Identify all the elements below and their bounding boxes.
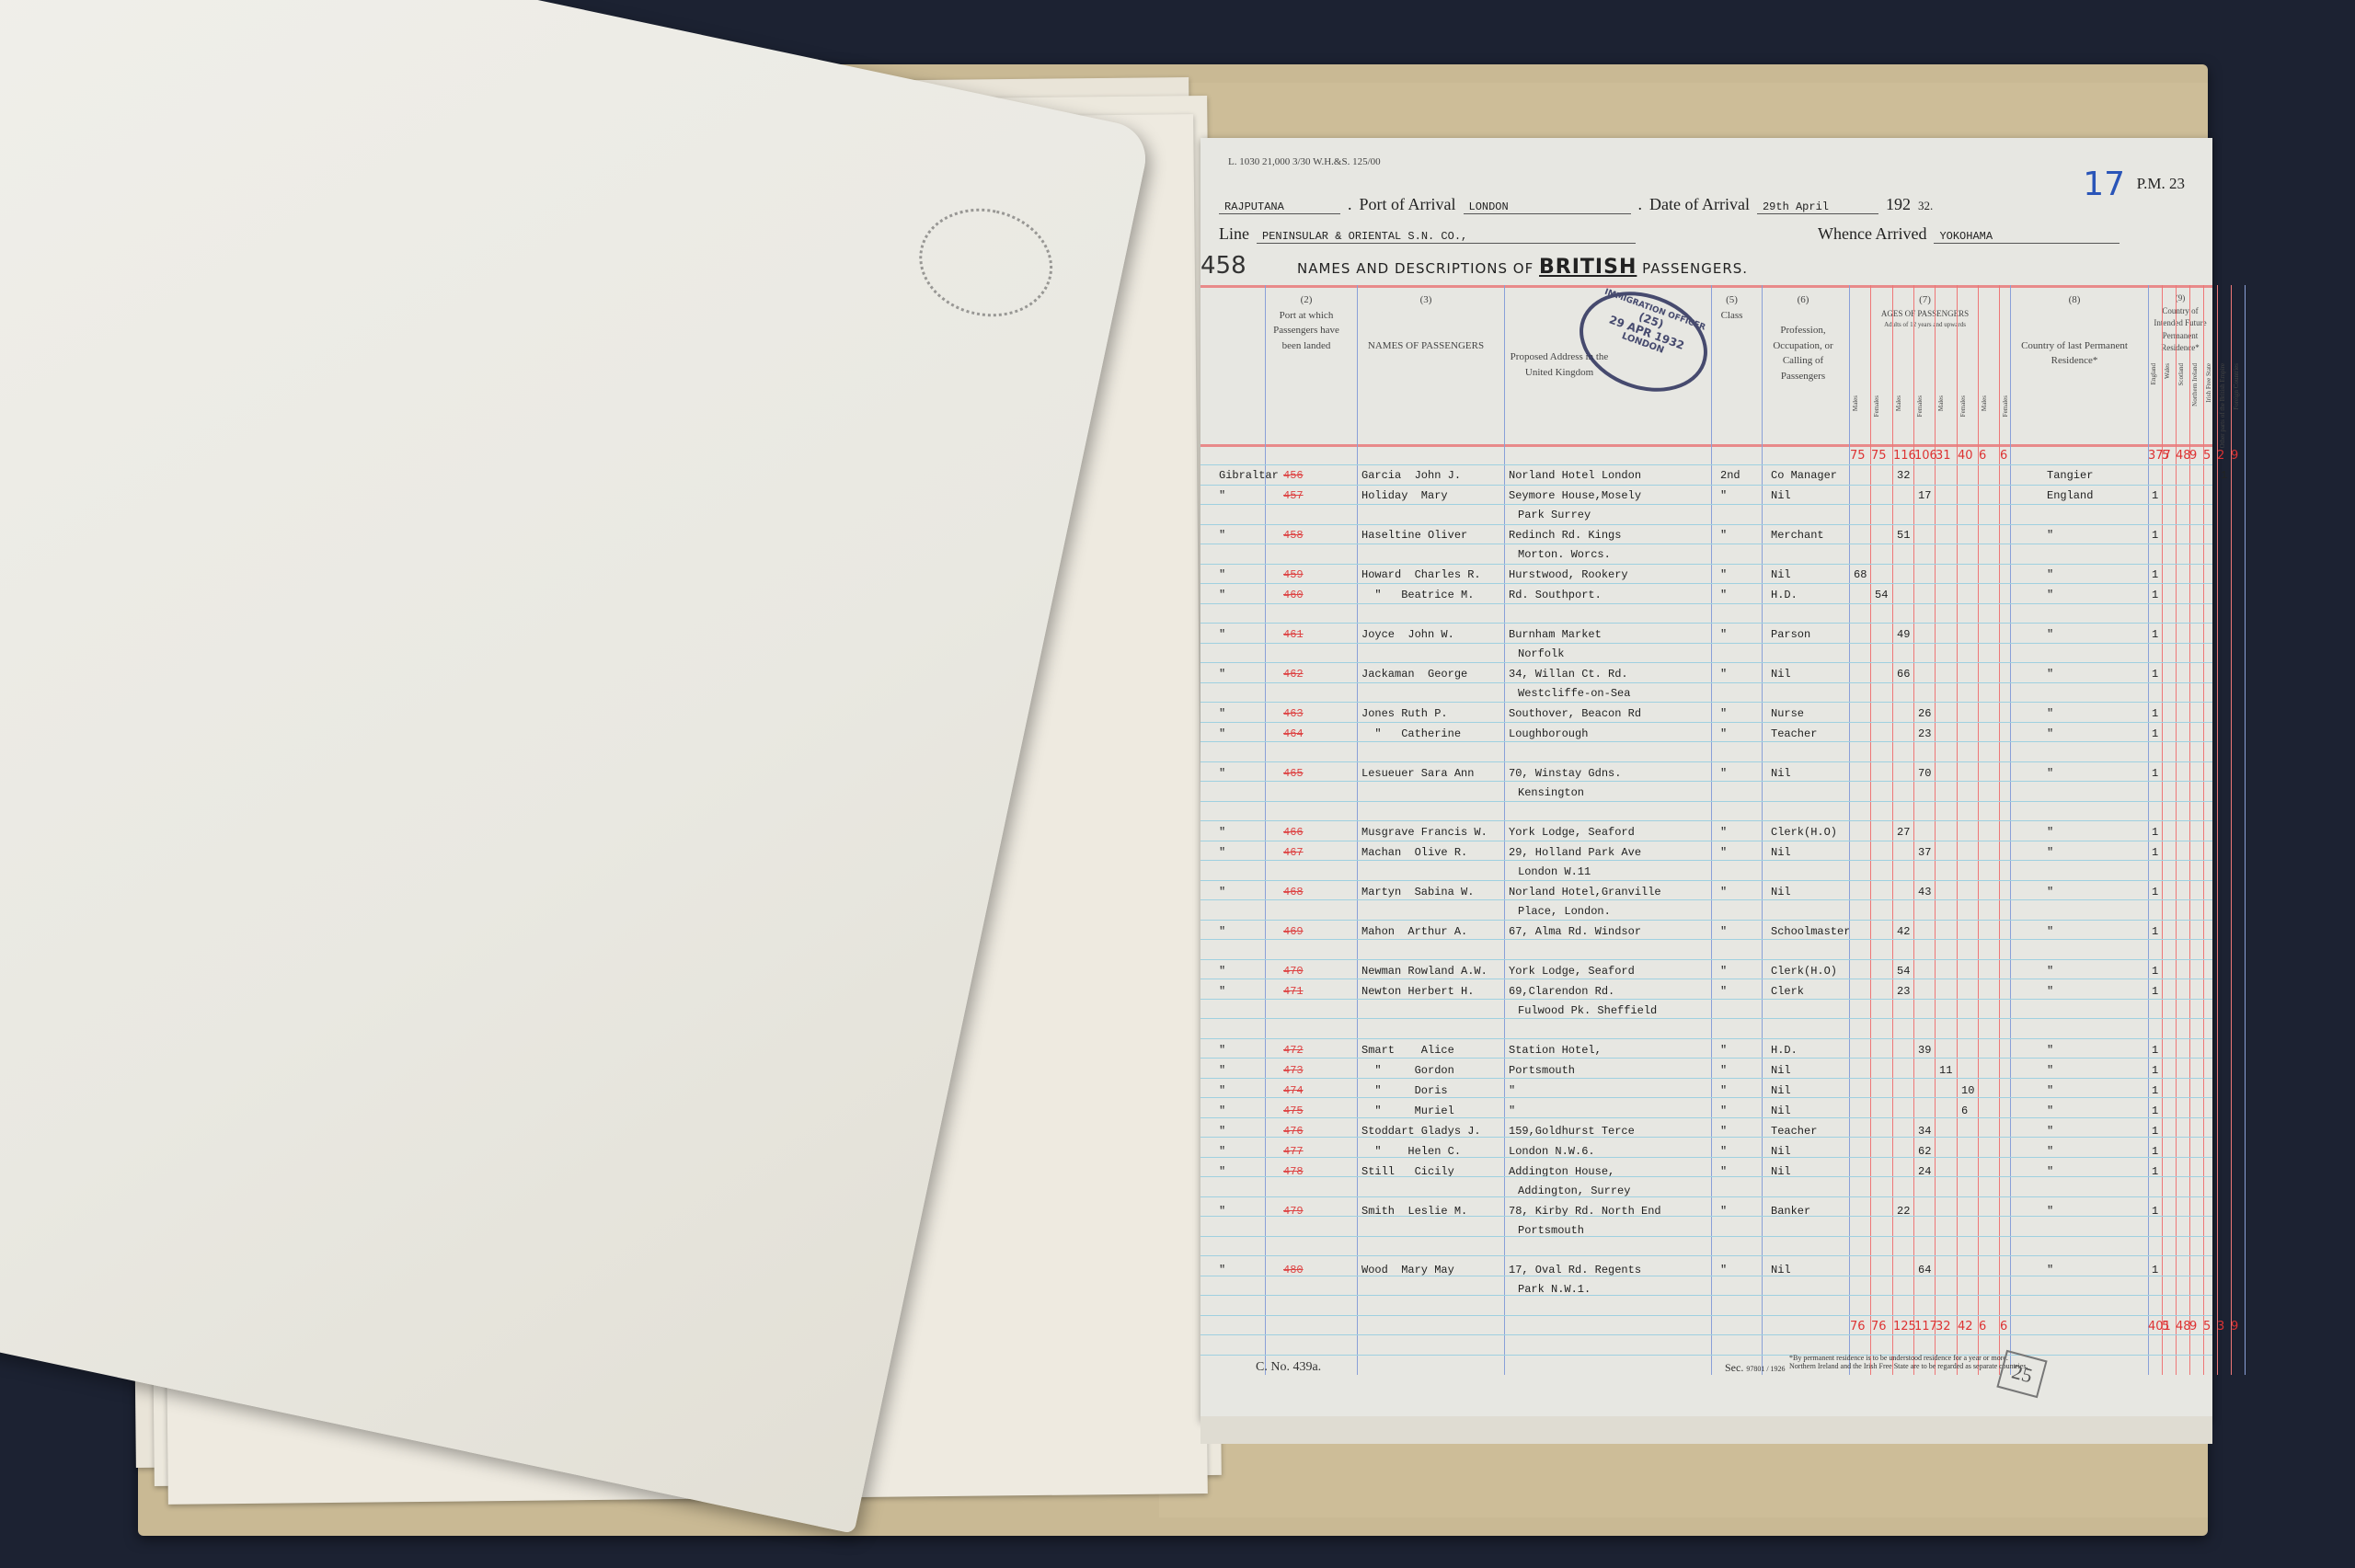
address-line2: London W.11 <box>1518 865 1591 878</box>
address: Southover, Beacon Rd <box>1509 707 1641 720</box>
last-residence: " <box>2047 707 2053 720</box>
occupation: H.D. <box>1771 589 1798 601</box>
ref-number: 471 <box>1283 985 1304 998</box>
table-row: "458Haseltine OliverRedinch Rd. KingsMor… <box>1200 529 2212 549</box>
occupation: Co Manager <box>1771 469 1837 482</box>
header-rule <box>1200 444 2212 447</box>
port-cell: " <box>1219 846 1225 859</box>
future-residence-mark: 1 <box>2152 925 2158 938</box>
age-subheader: Females <box>1959 395 1967 417</box>
address: Rd. Southport. <box>1509 589 1602 601</box>
table-row: "465Lesueuer Sara Ann70, Winstay Gdns.Ke… <box>1200 767 2212 787</box>
ref-number: 456 <box>1283 469 1304 482</box>
ruled-line <box>1200 1236 2212 1237</box>
ref-number: 469 <box>1283 925 1304 938</box>
passenger-name: Smart Alice <box>1361 1044 1454 1057</box>
ruled-line <box>1200 464 2212 465</box>
age-subheader: Males <box>1937 395 1945 411</box>
column-divider <box>2245 285 2246 1375</box>
running-total-bottom: 117 <box>1914 1320 1937 1333</box>
line-header-row: Line PENINSULAR & ORIENTAL S.N. CO., Whe… <box>1219 224 2185 244</box>
age: 49 <box>1897 628 1910 641</box>
footnote: *By permanent residence is to be underst… <box>1789 1354 2176 1370</box>
last-residence: " <box>2047 925 2053 938</box>
last-residence: " <box>2047 767 2053 780</box>
passenger-name: " Gordon <box>1361 1064 1454 1077</box>
ref-number: 475 <box>1283 1104 1304 1117</box>
class-cell: " <box>1720 886 1727 898</box>
occupation: Nil <box>1771 568 1791 581</box>
class-cell: " <box>1720 668 1727 681</box>
passenger-name: Jones Ruth P. <box>1361 707 1448 720</box>
class-cell: " <box>1720 1064 1727 1077</box>
running-total-bottom: 42 <box>1958 1320 1973 1333</box>
passenger-list-sheet: L. 1030 21,000 3/30 W.H.&S. 125/00 17 P.… <box>1200 138 2212 1421</box>
ref-number: 470 <box>1283 965 1304 978</box>
ruled-line <box>1200 880 2212 881</box>
residence-subheader: England <box>2150 363 2157 384</box>
last-residence: " <box>2047 846 2053 859</box>
ref-number: 472 <box>1283 1044 1304 1057</box>
age: 54 <box>1875 589 1888 601</box>
age: 66 <box>1897 668 1910 681</box>
running-total-top: 40 <box>1958 449 1973 463</box>
passenger-name: Joyce John W. <box>1361 628 1454 641</box>
year-suffix: 32. <box>1918 199 1933 213</box>
running-total-bottom: 9 <box>2231 1320 2238 1333</box>
ruled-line <box>1200 959 2212 960</box>
ship-name: RAJPUTANA <box>1219 200 1340 214</box>
age-subheader: Females <box>2002 395 2009 417</box>
form-code: P.M. 23 <box>2137 175 2185 193</box>
col3-header: (3)NAMES OF PASSENGERS <box>1357 292 1495 353</box>
passenger-name: Machan Olive R. <box>1361 846 1467 859</box>
running-total-bottom: 6 <box>1979 1320 1986 1333</box>
class-cell: " <box>1720 489 1727 502</box>
passenger-name: Holiday Mary <box>1361 489 1448 502</box>
running-total-bottom: 32 <box>1936 1320 1951 1333</box>
occupation: Clerk(H.O) <box>1771 965 1837 978</box>
port-cell: " <box>1219 886 1225 898</box>
ruled-line <box>1200 583 2212 584</box>
passenger-name: Jackaman George <box>1361 668 1467 681</box>
table-row: "468Martyn Sabina W.Norland Hotel,Granvi… <box>1200 886 2212 906</box>
col5-header: (5)Class <box>1711 292 1752 323</box>
class-cell: " <box>1720 767 1727 780</box>
address: Burnham Market <box>1509 628 1602 641</box>
future-residence-mark: 1 <box>2152 846 2158 859</box>
running-total-top: 106 <box>1914 449 1937 463</box>
future-residence-mark: 1 <box>2152 985 2158 998</box>
class-cell: " <box>1720 965 1727 978</box>
future-residence-mark: 1 <box>2221 469 2227 482</box>
column-divider <box>1504 285 1505 1375</box>
ruled-line <box>1200 939 2212 940</box>
address-line2: Norfolk <box>1518 647 1564 660</box>
running-total-top: 9 <box>2231 449 2238 463</box>
ruled-line <box>1200 1137 2212 1138</box>
ruled-line <box>1200 1276 2212 1276</box>
table-row: "463Jones Ruth P.Southover, Beacon Rd"Nu… <box>1200 707 2212 727</box>
age: 27 <box>1897 826 1910 839</box>
running-total-bottom: 6 <box>2000 1320 2007 1333</box>
ruled-line <box>1200 1295 2212 1296</box>
table-row: "475 " Muriel""Nil6"1 <box>1200 1104 2212 1125</box>
ref-number: 474 <box>1283 1084 1304 1097</box>
last-residence: " <box>2047 826 2053 839</box>
ruled-line <box>1200 682 2212 683</box>
occupation: H.D. <box>1771 1044 1798 1057</box>
occupation: Nurse <box>1771 707 1804 720</box>
table-row: "469Mahon Arthur A.67, Alma Rd. Windsor"… <box>1200 925 2212 945</box>
ruled-line <box>1200 1255 2212 1256</box>
last-residence: " <box>2047 1044 2053 1057</box>
date-of-arrival-label: Date of Arrival <box>1649 195 1750 214</box>
ref-number: 460 <box>1283 589 1304 601</box>
date-of-arrival: 29th April <box>1757 200 1878 214</box>
table-row: "457Holiday MarySeymore House,MoselyPark… <box>1200 489 2212 509</box>
passenger-name: " Doris <box>1361 1084 1448 1097</box>
age-subheader: Females <box>1873 395 1880 417</box>
table-row: "478Still CicilyAddington House,Addingto… <box>1200 1165 2212 1185</box>
col2-header: (2)Port at which Passengers have been la… <box>1265 292 1348 353</box>
age: 26 <box>1918 707 1931 720</box>
age-subheader: Males <box>1852 395 1859 411</box>
ruled-line <box>1200 504 2212 505</box>
address: 159,Goldhurst Terce <box>1509 1125 1635 1138</box>
future-residence-mark: 1 <box>2152 589 2158 601</box>
occupation: Nil <box>1771 1104 1791 1117</box>
running-total-bottom: 5 <box>2203 1320 2211 1333</box>
ruled-line <box>1200 741 2212 742</box>
port-cell: " <box>1219 925 1225 938</box>
address-line2: Fulwood Pk. Sheffield <box>1518 1004 1657 1017</box>
class-cell: " <box>1720 1044 1727 1057</box>
port-cell: " <box>1219 489 1225 502</box>
running-total-top: 2 <box>2217 449 2224 463</box>
last-residence: " <box>2047 1084 2053 1097</box>
port-cell: " <box>1219 568 1225 581</box>
age: 54 <box>1897 965 1910 978</box>
address: 70, Winstay Gdns. <box>1509 767 1621 780</box>
col6-header: (6)Profession, Occupation, or Calling of… <box>1762 292 1844 383</box>
last-residence: " <box>2047 1104 2053 1117</box>
ruled-line <box>1200 1078 2212 1079</box>
whence-arrived: YOKOHAMA <box>1934 230 2119 244</box>
residence-subheader: Irish Free State <box>2205 363 2212 403</box>
address: 34, Willan Ct. Rd. <box>1509 668 1628 681</box>
future-residence-mark: 1 <box>2152 1125 2158 1138</box>
residence-subheader: Scotland <box>2177 363 2185 386</box>
running-total-top: 5 <box>2203 449 2211 463</box>
class-cell: " <box>1720 846 1727 859</box>
port-of-arrival: LONDON <box>1464 200 1631 214</box>
table-row: "476Stoddart Gladys J.159,Goldhurst Terc… <box>1200 1125 2212 1145</box>
age-subheader: Males <box>1895 395 1902 411</box>
port-cell: " <box>1219 1125 1225 1138</box>
running-total-bottom: 125 <box>1893 1320 1916 1333</box>
occupation: Schoolmaster <box>1771 925 1850 938</box>
address: York Lodge, Seaford <box>1509 965 1635 978</box>
address: Norland Hotel,Granville <box>1509 886 1661 898</box>
age: 39 <box>1918 1044 1931 1057</box>
table-row: Gibraltar456Garcia John J.Norland Hotel … <box>1200 469 2212 489</box>
ruled-line <box>1200 1117 2212 1118</box>
ruled-line <box>1200 801 2212 802</box>
ruled-line <box>1200 702 2212 703</box>
residence-subheader: Northern Ireland <box>2191 363 2199 406</box>
address-line2: Park N.W.1. <box>1518 1283 1591 1296</box>
last-residence: " <box>2047 668 2053 681</box>
ruled-line <box>1200 1058 2212 1059</box>
future-residence-mark: 1 <box>2152 826 2158 839</box>
ruled-line <box>1200 920 2212 921</box>
future-residence-mark: 1 <box>2152 1064 2158 1077</box>
ruled-line <box>1200 662 2212 663</box>
occupation: Clerk <box>1771 985 1804 998</box>
handwritten-ref: 458 <box>1200 252 1246 280</box>
last-residence: " <box>2047 985 2053 998</box>
table-row: "459Howard Charles R.Hurstwood, Rookery"… <box>1200 568 2212 589</box>
address: York Lodge, Seaford <box>1509 826 1635 839</box>
age: 37 <box>1918 846 1931 859</box>
table-row: "466Musgrave Francis W.York Lodge, Seafo… <box>1200 826 2212 846</box>
whence-label: Whence Arrived <box>1818 224 1926 244</box>
last-residence: " <box>2047 1125 2053 1138</box>
last-residence: " <box>2047 965 2053 978</box>
table-row: "471Newton Herbert H.69,Clarendon Rd.Ful… <box>1200 985 2212 1005</box>
future-residence-mark: 1 <box>2152 707 2158 720</box>
residence-subheader: Other parts of the British Empire <box>2219 363 2226 448</box>
class-cell: " <box>1720 628 1727 641</box>
ruled-line <box>1200 1216 2212 1217</box>
form-print-line: L. 1030 21,000 3/30 W.H.&S. 125/00 <box>1228 156 1381 167</box>
port-cell: " <box>1219 707 1225 720</box>
ref-number: 463 <box>1283 707 1304 720</box>
ruled-line <box>1200 899 2212 900</box>
ruled-line <box>1200 643 2212 644</box>
age: 23 <box>1897 985 1910 998</box>
ruled-line <box>1200 1334 2212 1335</box>
address: Loughborough <box>1509 727 1588 740</box>
port-cell: " <box>1219 965 1225 978</box>
running-total-top: 5 <box>2162 449 2169 463</box>
age: 70 <box>1918 767 1931 780</box>
column-divider <box>1711 285 1712 1375</box>
port-cell: " <box>1219 589 1225 601</box>
port-cell: " <box>1219 767 1225 780</box>
running-total-bottom: 76 <box>1850 1320 1866 1333</box>
age-subheader: Females <box>1916 395 1924 417</box>
ruled-line <box>1200 781 2212 782</box>
residence-subheader: Wales <box>2164 363 2171 379</box>
address: " <box>1509 1104 1515 1117</box>
last-residence: " <box>2047 628 2053 641</box>
ruled-line <box>1200 820 2212 821</box>
column-divider <box>1357 285 1358 1375</box>
address: Station Hotel, <box>1509 1044 1602 1057</box>
last-residence: " <box>2047 529 2053 542</box>
age: 34 <box>1918 1125 1931 1138</box>
running-total-bottom: 5 <box>2162 1320 2169 1333</box>
last-residence: " <box>2047 727 2053 740</box>
address: Hurstwood, Rookery <box>1509 568 1628 581</box>
future-residence-mark: 1 <box>2152 628 2158 641</box>
future-residence-mark: 1 <box>2152 965 2158 978</box>
future-residence-mark: 1 <box>2152 568 2158 581</box>
future-residence-mark: 1 <box>2152 1104 2158 1117</box>
ruled-line <box>1200 603 2212 604</box>
ref-number: 461 <box>1283 628 1304 641</box>
line-label: Line <box>1219 224 1249 244</box>
title-prefix: NAMES AND DESCRIPTIONS OF <box>1297 260 1534 277</box>
title-british: BRITISH <box>1539 256 1637 279</box>
passenger-name: Musgrave Francis W. <box>1361 826 1488 839</box>
occupation: Clerk(H.O) <box>1771 826 1837 839</box>
class-cell: " <box>1720 826 1727 839</box>
ref-number: 465 <box>1283 767 1304 780</box>
column-divider <box>1762 285 1763 1375</box>
address: 29, Holland Park Ave <box>1509 846 1641 859</box>
age: 6 <box>1961 1104 1968 1117</box>
ruled-line <box>1200 623 2212 624</box>
ruled-line <box>1200 1018 2212 1019</box>
age: 17 <box>1918 489 1931 502</box>
age: 43 <box>1918 886 1931 898</box>
running-total-top: 31 <box>1936 449 1951 463</box>
ref-number: 467 <box>1283 846 1304 859</box>
ruled-line <box>1200 841 2212 841</box>
occupation: Nil <box>1771 1084 1791 1097</box>
class-cell: " <box>1720 707 1727 720</box>
col8-header: (8)Country of last Permanent Residence* <box>2010 292 2139 369</box>
faded-stamp <box>909 197 1063 329</box>
port-cell: " <box>1219 1064 1225 1077</box>
last-residence: Tangier <box>2047 469 2093 482</box>
future-residence-mark: 1 <box>2152 767 2158 780</box>
address: " <box>1509 1084 1515 1097</box>
future-residence-mark: 1 <box>2152 489 2158 502</box>
class-cell: " <box>1720 1104 1727 1117</box>
table-row: "479Smith Leslie M.78, Kirby Rd. North E… <box>1200 1205 2212 1225</box>
ruled-line <box>1200 524 2212 525</box>
running-total-top: 6 <box>2000 449 2007 463</box>
ref-number: 457 <box>1283 489 1304 502</box>
running-total-top: 6 <box>1979 449 1986 463</box>
ref-number: 468 <box>1283 886 1304 898</box>
passenger-name: Lesueuer Sara Ann <box>1361 767 1474 780</box>
passenger-name: " Catherine <box>1361 727 1461 740</box>
passenger-name: Stoddart Gladys J. <box>1361 1125 1481 1138</box>
table-row: "477 " Helen C.London N.W.6."Nil62"1 <box>1200 1145 2212 1165</box>
form-number: C. No. 439a. <box>1256 1360 1321 1375</box>
ruled-line <box>1200 1176 2212 1177</box>
ref-number: 473 <box>1283 1064 1304 1077</box>
ruled-line <box>1200 1038 2212 1039</box>
class-cell: " <box>1720 1084 1727 1097</box>
table-row: "472Smart AliceStation Hotel,"H.D.39"1 <box>1200 1044 2212 1064</box>
address: 67, Alma Rd. Windsor <box>1509 925 1641 938</box>
table-row: "467Machan Olive R.29, Holland Park AveL… <box>1200 846 2212 866</box>
ref-number: 466 <box>1283 826 1304 839</box>
port-cell: " <box>1219 1044 1225 1057</box>
running-total-top: 116 <box>1893 449 1916 463</box>
table-row: "464 " CatherineLoughborough"Teacher23"1 <box>1200 727 2212 748</box>
class-cell: " <box>1720 529 1727 542</box>
table-row: "480Wood Mary May17, Oval Rd. RegentsPar… <box>1200 1264 2212 1284</box>
passenger-name: Garcia John J. <box>1361 469 1461 482</box>
shipping-line: PENINSULAR & ORIENTAL S.N. CO., <box>1257 230 1636 244</box>
ref-number: 458 <box>1283 529 1304 542</box>
address: Seymore House,Mosely <box>1509 489 1641 502</box>
occupation: Nil <box>1771 886 1791 898</box>
age: 51 <box>1897 529 1910 542</box>
port-cell: " <box>1219 529 1225 542</box>
ruled-line <box>1200 979 2212 979</box>
ruled-line <box>1200 485 2212 486</box>
address: Portsmouth <box>1509 1064 1575 1077</box>
passenger-name: Newton Herbert H. <box>1361 985 1474 998</box>
age: 68 <box>1854 568 1867 581</box>
passenger-name: " Muriel <box>1361 1104 1454 1117</box>
year-prefix: 192 <box>1886 195 1911 214</box>
ruled-line <box>1200 544 2212 544</box>
page-title: NAMES AND DESCRIPTIONS OF BRITISH PASSEN… <box>1297 256 1748 279</box>
column-divider <box>1265 285 1266 1375</box>
running-total-top: 75 <box>1850 449 1866 463</box>
occupation: Merchant <box>1771 529 1824 542</box>
passenger-name: " Beatrice M. <box>1361 589 1474 601</box>
age-subheader: Males <box>1981 395 1988 411</box>
class-cell: " <box>1720 925 1727 938</box>
title-suffix: PASSENGERS. <box>1642 260 1748 277</box>
passenger-table: (2)Port at which Passengers have been la… <box>1200 285 2212 1421</box>
residence-subheader: Foreign Countries <box>2233 363 2240 410</box>
last-residence: " <box>2047 589 2053 601</box>
passenger-name: Martyn Sabina W. <box>1361 886 1474 898</box>
col7-header: (7)AGES OF PASSENGERSAdults of 12 years … <box>1854 292 1996 330</box>
address: Norland Hotel London <box>1509 469 1641 482</box>
ref-number: 464 <box>1283 727 1304 740</box>
last-residence: " <box>2047 1064 2053 1077</box>
passenger-name: Newman Rowland A.W. <box>1361 965 1488 978</box>
immigration-stamp: IMMIGRATION OFFICER (25) 29 APR 1932 LON… <box>1566 275 1722 409</box>
ref-number: 459 <box>1283 568 1304 581</box>
class-cell: 2nd <box>1720 469 1740 482</box>
future-residence-mark: 1 <box>2152 1044 2158 1057</box>
address: 69,Clarendon Rd. <box>1509 985 1614 998</box>
age: 42 <box>1897 925 1910 938</box>
class-cell: " <box>1720 1125 1727 1138</box>
class-cell: " <box>1720 568 1727 581</box>
age: 11 <box>1939 1064 1952 1077</box>
occupation: Nil <box>1771 668 1791 681</box>
port-cell: " <box>1219 668 1225 681</box>
ruled-line <box>1200 722 2212 723</box>
ruled-line <box>1200 1196 2212 1197</box>
port-of-arrival-label: Port of Arrival <box>1360 195 1456 214</box>
address-line2: Place, London. <box>1518 905 1611 918</box>
address-line2: Westcliffe-on-Sea <box>1518 687 1630 700</box>
last-residence: " <box>2047 886 2053 898</box>
passenger-name: Howard Charles R. <box>1361 568 1481 581</box>
age: 32 <box>1897 469 1910 482</box>
table-row: "461Joyce John W.Burnham MarketNorfolk"P… <box>1200 628 2212 648</box>
port-cell: " <box>1219 1084 1225 1097</box>
port-cell: " <box>1219 727 1225 740</box>
class-cell: " <box>1720 985 1727 998</box>
ref-number: 476 <box>1283 1125 1304 1138</box>
